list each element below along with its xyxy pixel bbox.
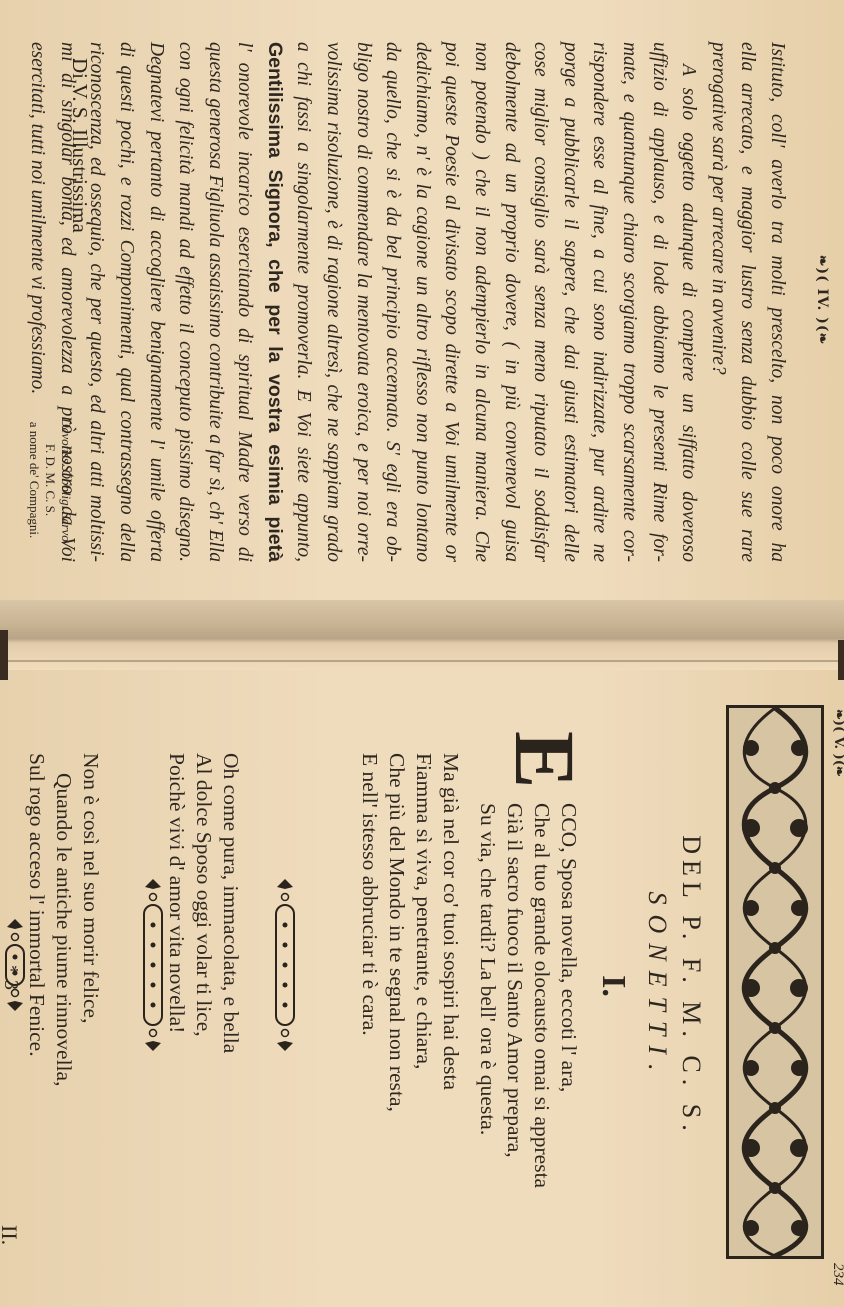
verse-line: Sul rogo acceso l' immortal Fenice. xyxy=(23,753,50,1086)
verse-line: Su via, che tardi? La bell' ora è questa… xyxy=(474,803,501,1188)
prose-line: bligo nostro di commendare la mentovata … xyxy=(348,42,378,562)
verse-line: Fiamma sì viva, penetrante, e chiara, xyxy=(410,753,437,1112)
verse-line: Non è così nel suo morir felice, xyxy=(77,753,104,1086)
prose-line: cose miglior consiglio sarà senza meno r… xyxy=(526,42,556,562)
verse-line: E nell' istesso abbruciar ti è cara. xyxy=(356,753,383,1112)
running-head: ❧)( V. )(❧ xyxy=(831,709,844,777)
prose-line: a chi fassi a singolarmente promoverla. … xyxy=(289,42,319,562)
prose-line: non potendo ) che il non adempierlo in a… xyxy=(466,42,496,562)
prose-line: debolmente ad un proprio dovere, ( in pi… xyxy=(496,42,526,562)
verse-line: Al dolce Sposo oggi volar ti lice, xyxy=(190,753,217,1053)
verse-line: Oh come pura, immacolata, e bella xyxy=(217,753,244,1053)
prose-line: dedichiamo, n' è la cagione un altro rif… xyxy=(407,42,437,562)
verse-line: Poichè vivi d' amor vita novella! xyxy=(163,753,190,1053)
prose-line: rispondere esse al fine, a cui sono indi… xyxy=(585,42,615,562)
prose-line: volissima risoluzione, è di ragione altr… xyxy=(319,42,349,562)
fleuron-divider xyxy=(142,875,164,1055)
prose-line: A solo oggetto adunque di compiere un si… xyxy=(674,42,704,562)
verse-line: CCO, Sposa novella, eccoti l' ara, xyxy=(555,803,582,1188)
verse-line: Quando le antiche piume rinnovella, xyxy=(50,753,77,1086)
author-heading: DEL P. F. M. C. S. xyxy=(676,665,706,1307)
dedication-prose: Istituto, coll' averlo tra molti prescel… xyxy=(23,42,792,562)
fleur-de-lis-ornament-icon xyxy=(274,875,296,1055)
prose-line: prerogative sarà per arrecare in avvenir… xyxy=(703,42,733,562)
prose-line: Degnatevi pertanto di accogliere benigna… xyxy=(141,42,171,562)
prose-line: mate, e quantunque chiaro scorgiamo trop… xyxy=(614,42,644,562)
book-scan: ❧)( IV. )(❧ Istituto, coll' averlo tra m… xyxy=(0,0,844,1307)
running-head: ❧)( IV. )(❧ xyxy=(814,0,830,600)
fleur-de-lis-ornament-icon xyxy=(142,875,164,1055)
prose-line: con ogni felicità mandi ad effetto il co… xyxy=(171,42,201,562)
sonnet-tercet-1: Oh come pura, immacolata, e bella Al dol… xyxy=(163,753,244,1053)
prose-line: ella arrecato, e maggior lustro senza du… xyxy=(733,42,763,562)
closing-formula: Di V. S. Illustrissima xyxy=(67,58,92,233)
verse-line: Già il sacro fuoco il Santo Amor prepara… xyxy=(501,803,528,1188)
fleuron-divider xyxy=(274,875,296,1055)
prose-line: di questi pochi, e rozzi Componimenti, q… xyxy=(111,42,141,562)
signature-line: Devotiss. Obblig. Servo xyxy=(58,380,74,580)
page-number: 234 xyxy=(829,1263,844,1286)
sonnet-quatrain-1: E CCO, Sposa novella, eccoti l' ara, Che… xyxy=(474,803,582,1188)
signature-mark: * 3 xyxy=(0,965,22,990)
prose-line: porge a pubblicarle il sapere, che dai g… xyxy=(555,42,585,562)
section-title: SONETTI. xyxy=(642,665,672,1307)
verse-line: Ma già nel cor co' tuoi sospiri hai dest… xyxy=(437,753,464,1112)
prose-line-salutation: Gentilissima Signora, che per la vostra … xyxy=(259,42,289,562)
page-fold-line xyxy=(8,660,838,662)
sonnet-tercet-2: Non è così nel suo morir felice, Quando … xyxy=(23,753,104,1086)
prose-line: uffizio di applauso, e di lode abbiamo l… xyxy=(644,42,674,562)
verse-line: Che al tuo grande olocausto omai si appr… xyxy=(528,803,555,1188)
right-page: ❧)( V. )(❧ 234 xyxy=(0,665,844,1307)
sonnet-number: I. xyxy=(594,665,632,1307)
verse-line: Che più del Mondo in te segnal non resta… xyxy=(383,753,410,1112)
signature-initials: F. D. M. C. S. xyxy=(42,380,58,580)
signature-line: a nome de' Compagni. xyxy=(26,380,42,580)
drop-cap: E xyxy=(510,731,580,788)
signature-block: Devotiss. Obblig. Servo F. D. M. C. S. a… xyxy=(26,380,74,580)
floral-headpiece-ornament xyxy=(726,705,824,1259)
sonnet-quatrain-2: Ma già nel cor co' tuoi sospiri hai dest… xyxy=(356,753,464,1112)
prose-line: questa generosa Figliuola assaissimo con… xyxy=(200,42,230,562)
floral-scroll-icon xyxy=(729,708,821,1256)
prose-line: Istituto, coll' averlo tra molti prescel… xyxy=(762,42,792,562)
prose-line: da quello, che si è da bel principio acc… xyxy=(378,42,408,562)
prose-line: l' onorevole incarico esercitando di spi… xyxy=(230,42,260,562)
catchword: II. xyxy=(0,1225,22,1245)
left-page: ❧)( IV. )(❧ Istituto, coll' averlo tra m… xyxy=(0,0,844,600)
prose-line: poi queste Poesie al divisato scopo dire… xyxy=(437,42,467,562)
